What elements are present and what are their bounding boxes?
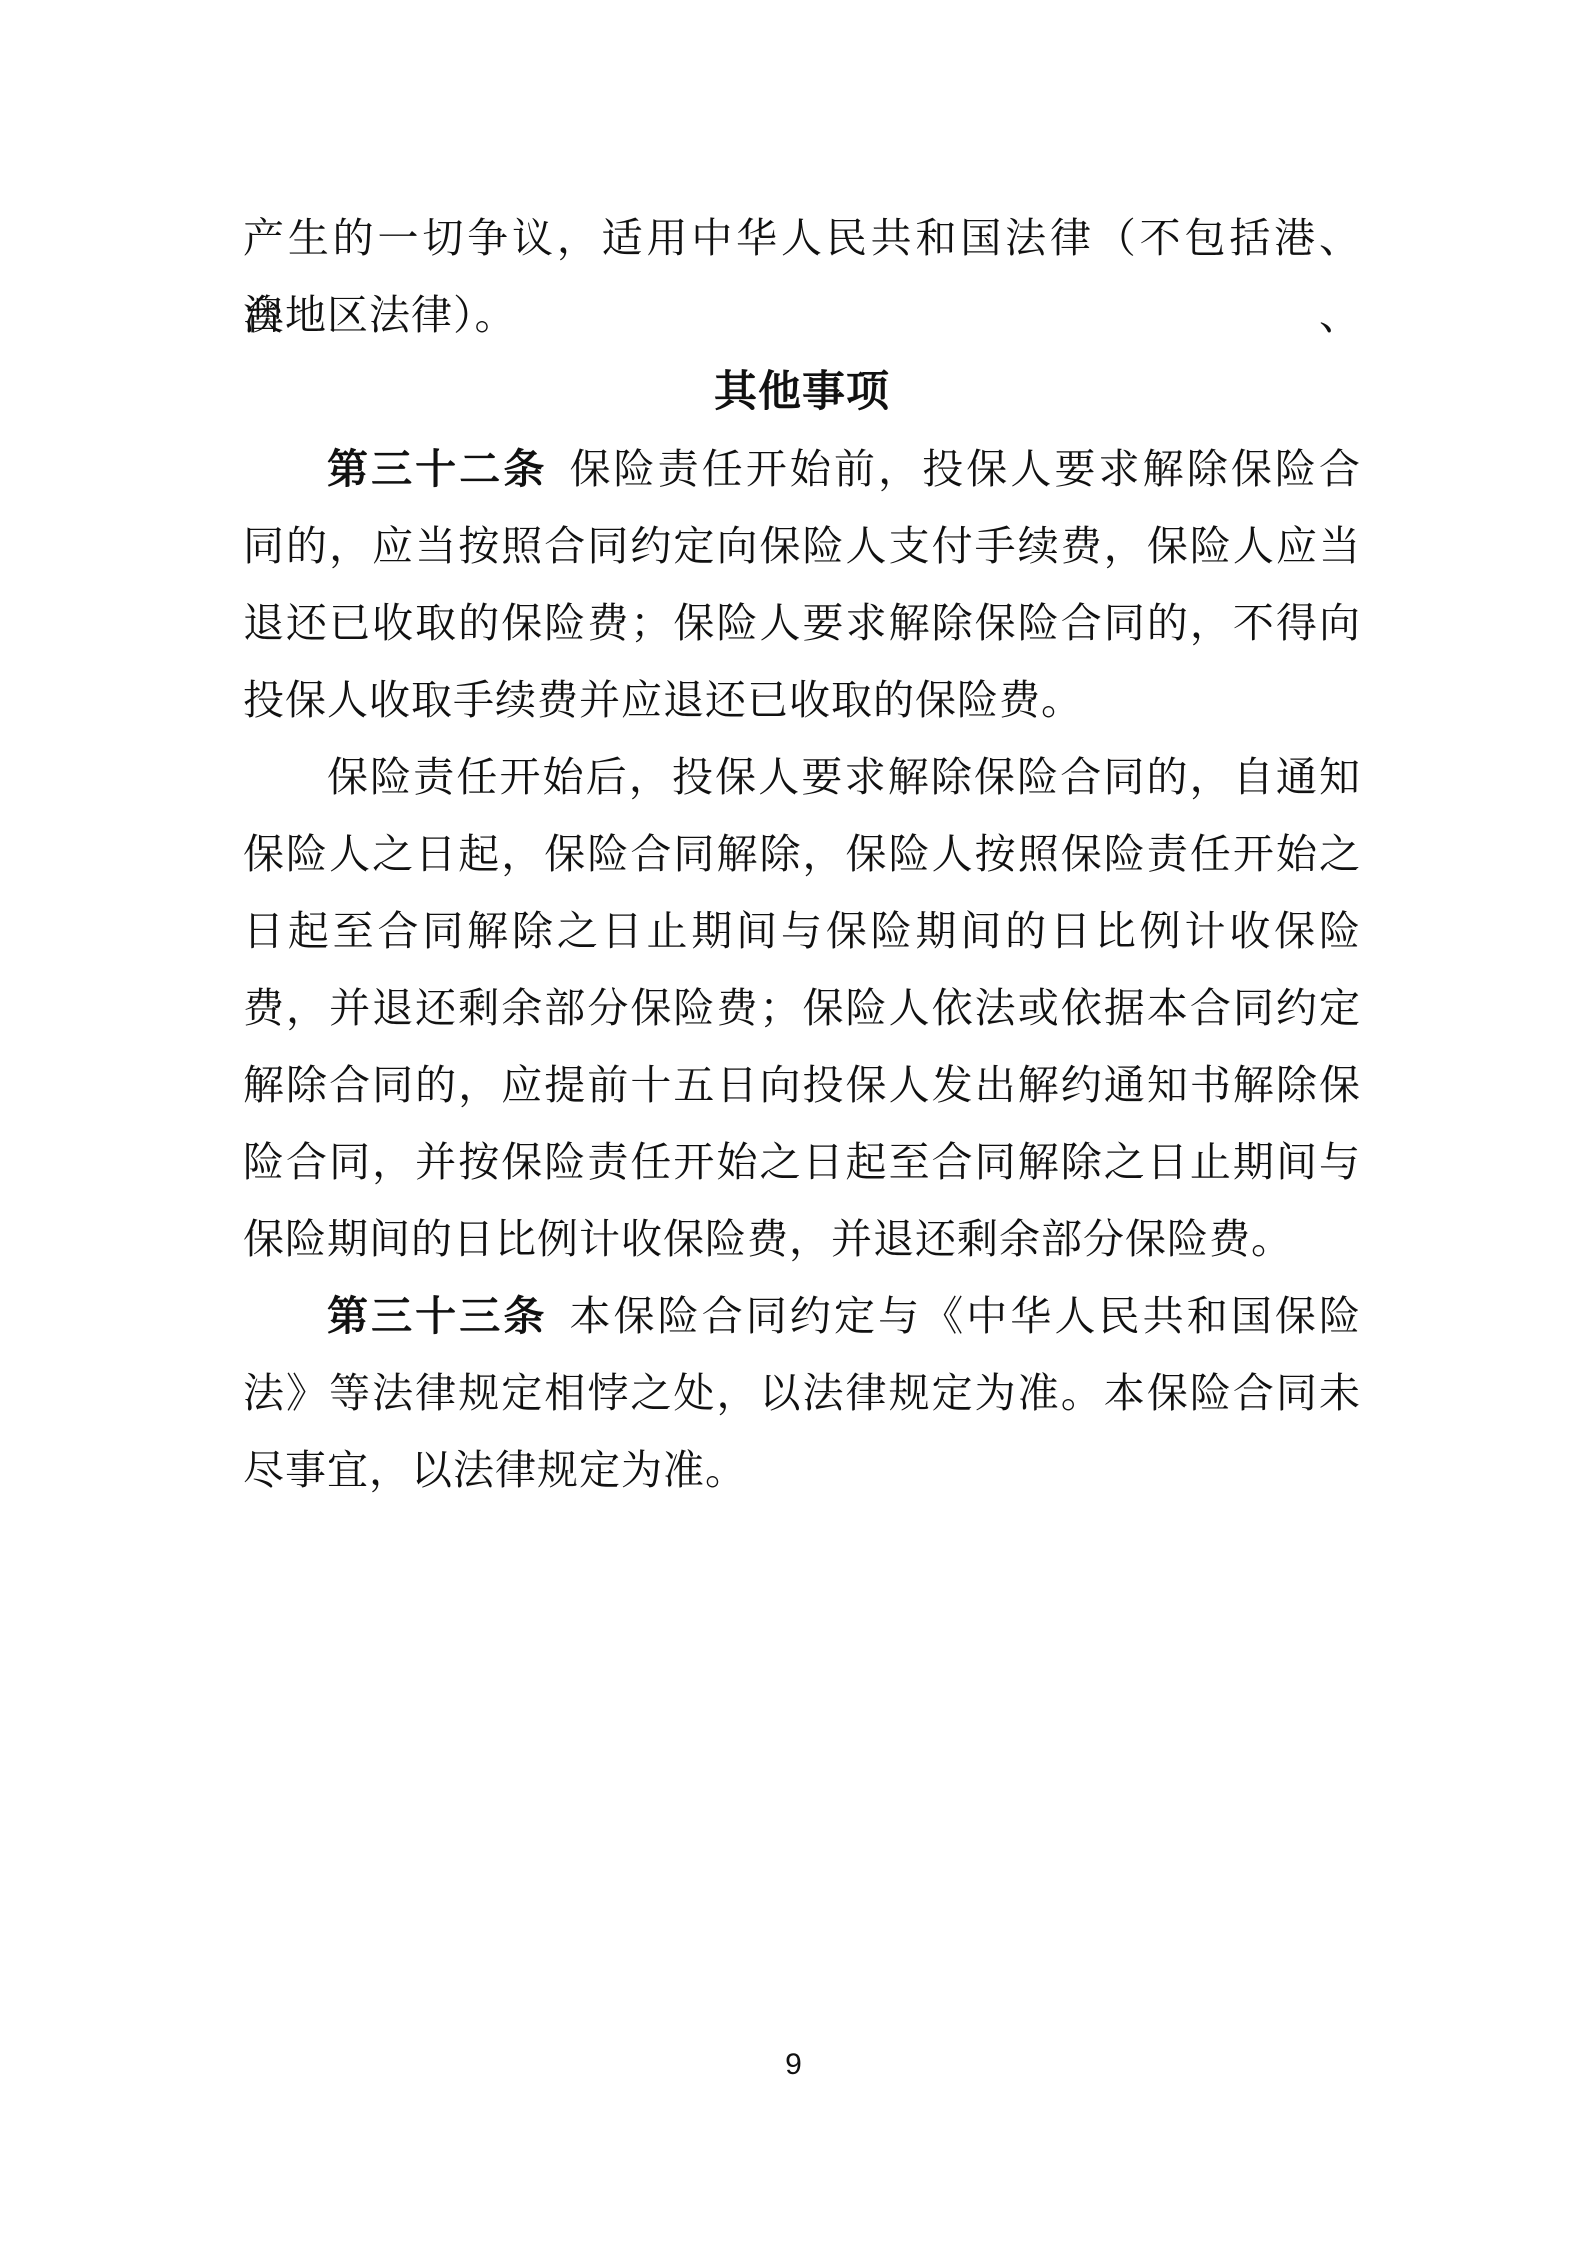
clause-term: 第三十三条 bbox=[327, 1292, 547, 1340]
body-line: 同的，应当按照合同约定向保险人支付手续费，保险人应当 bbox=[243, 508, 1361, 585]
body-line: 尽事宜，以法律规定为准。 bbox=[243, 1432, 1361, 1509]
body-line: 第三十二条保险责任开始前，投保人要求解除保险合 bbox=[243, 431, 1361, 508]
body-line: 第三十三条本保险合同约定与《中华人民共和国保险 bbox=[243, 1278, 1361, 1355]
page-number: 9 bbox=[0, 2048, 1587, 2082]
body-line: 保险责任开始后，投保人要求解除保险合同的，自通知 bbox=[243, 739, 1361, 816]
document-body: 产生的一切争议，适用中华人民共和国法律（不包括港、澳、 台地区法律）。 其他事项… bbox=[243, 200, 1361, 1509]
body-line: 保险期间的日比例计收保险费，并退还剩余部分保险费。 bbox=[243, 1201, 1361, 1278]
body-line: 退还已收取的保险费；保险人要求解除保险合同的，不得向 bbox=[243, 585, 1361, 662]
body-line: 法》等法律规定相悖之处，以法律规定为准。本保险合同未 bbox=[243, 1355, 1361, 1432]
clause-text: 保险责任开始前，投保人要求解除保险合 bbox=[569, 445, 1361, 493]
body-line: 费，并退还剩余部分保险费；保险人依法或依据本合同约定 bbox=[243, 970, 1361, 1047]
body-line: 解除合同的，应提前十五日向投保人发出解约通知书解除保 bbox=[243, 1047, 1361, 1124]
body-line: 产生的一切争议，适用中华人民共和国法律（不包括港、澳、 bbox=[243, 200, 1361, 277]
document-page: 产生的一切争议，适用中华人民共和国法律（不包括港、澳、 台地区法律）。 其他事项… bbox=[0, 0, 1587, 2245]
clause-term: 第三十二条 bbox=[327, 445, 547, 493]
clause-text: 本保险合同约定与《中华人民共和国保险 bbox=[569, 1292, 1361, 1340]
body-line: 保险人之日起，保险合同解除，保险人按照保险责任开始之 bbox=[243, 816, 1361, 893]
section-heading: 其他事项 bbox=[243, 354, 1361, 431]
body-line: 日起至合同解除之日止期间与保险期间的日比例计收保险 bbox=[243, 893, 1361, 970]
body-line: 投保人收取手续费并应退还已收取的保险费。 bbox=[243, 662, 1361, 739]
body-line: 险合同，并按保险责任开始之日起至合同解除之日止期间与 bbox=[243, 1124, 1361, 1201]
